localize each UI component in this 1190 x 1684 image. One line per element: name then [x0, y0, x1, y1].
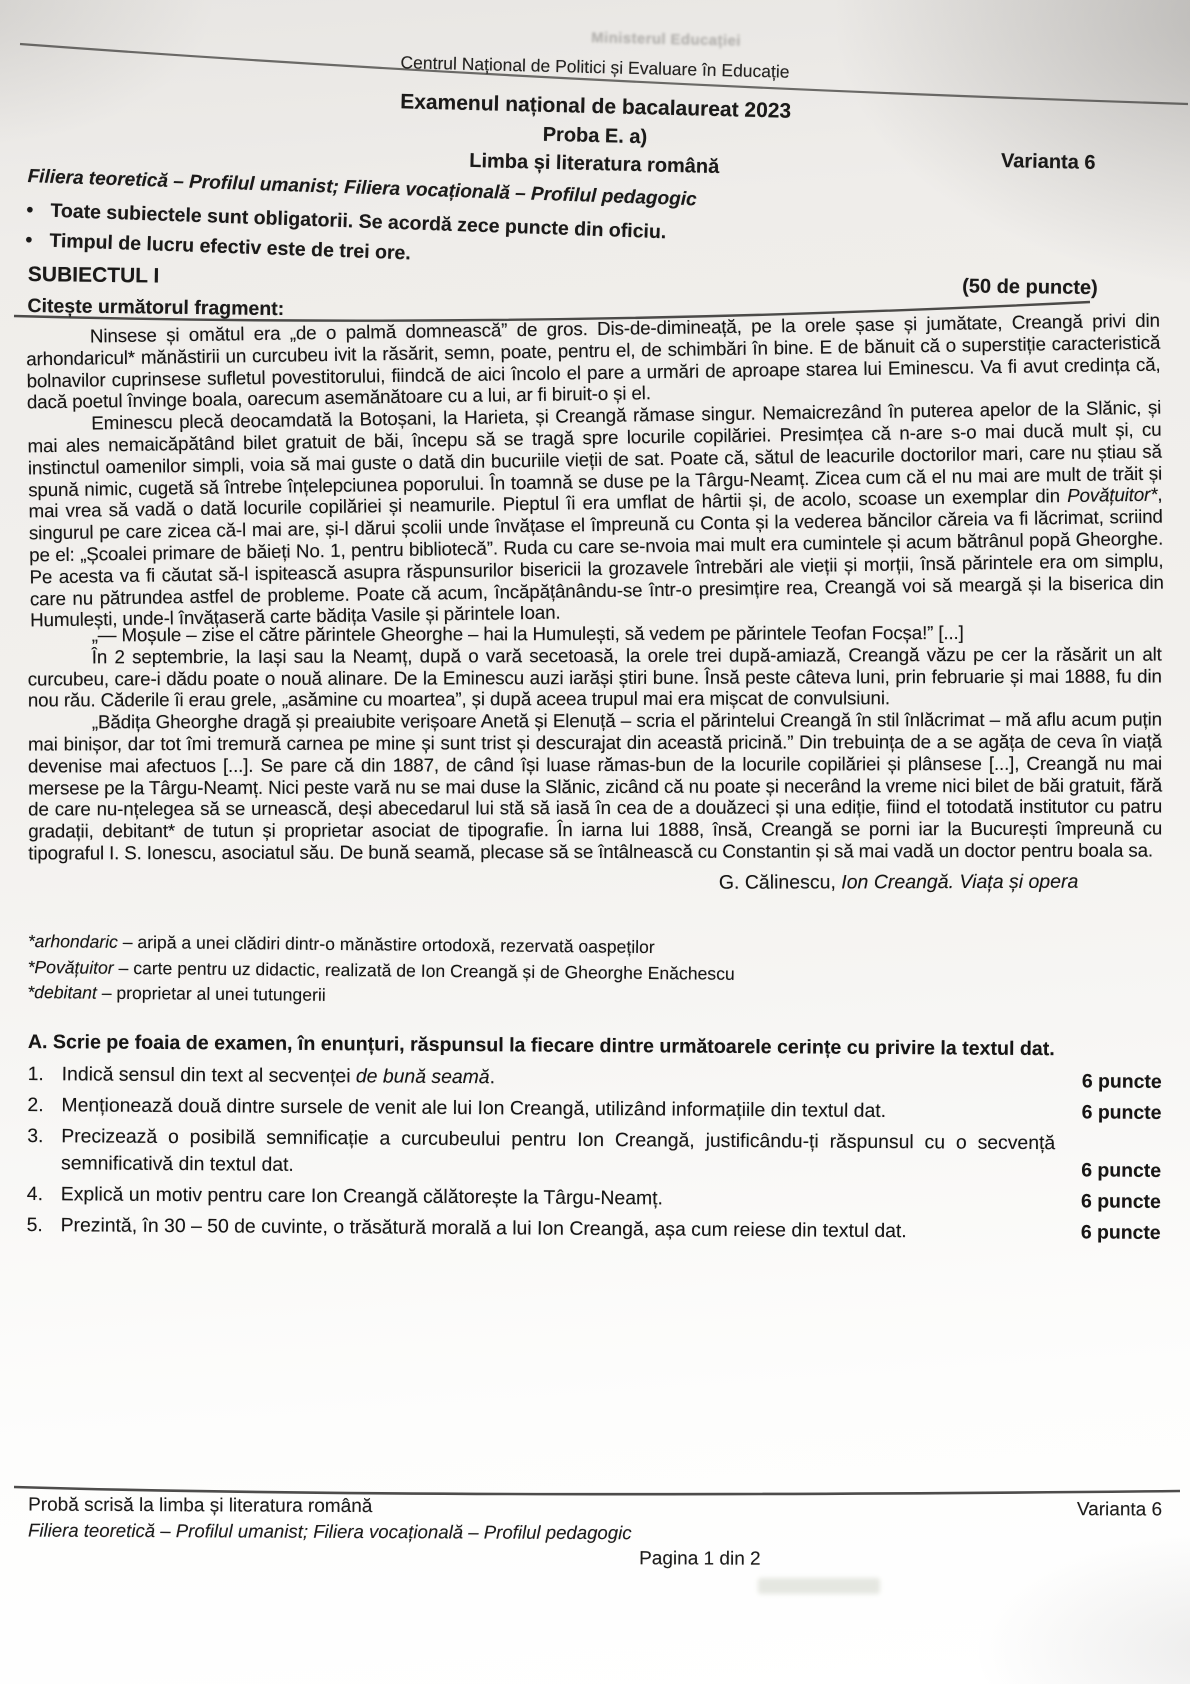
text-run: Prezintă, în 30 – 50 de cuvinte, o trăsă… — [61, 1215, 907, 1243]
attribution: G. Călinescu, Ion Creangă. Viața și oper… — [28, 870, 1162, 896]
question-number: 3. — [27, 1123, 61, 1150]
question-text: Explică un motiv pentru care Ion Creangă… — [61, 1182, 1065, 1216]
question-row: 5.Prezintă, în 30 – 50 de cuvinte, o tră… — [27, 1212, 1161, 1247]
fragment-paragraph: Eminescu plecă deocamdată la Botoșani, l… — [27, 397, 1164, 632]
page-content: Ninsese și omătul era „de o palmă domnea… — [28, 318, 1162, 1239]
italic-text: Ion Creangă. Viața și opera — [841, 871, 1078, 894]
question-text: Menționează două dintre sursele de venit… — [61, 1093, 1065, 1127]
text-run: „Bădița Gheorghe dragă și preaiubite ver… — [28, 709, 1162, 864]
question-row: 4.Explică un motiv pentru care Ion Crean… — [27, 1181, 1161, 1216]
footnote-term: *Povățuitor — [28, 956, 114, 977]
fragment-part-2: „— Moșule – zise el către părintele Gheo… — [28, 622, 1163, 897]
bullet-icon: • — [25, 225, 50, 256]
footnote-term: *debitant — [27, 982, 97, 1003]
exam-scan-page: Ministerul Educației Centrul Național de… — [0, 0, 1190, 1684]
text-run: . — [490, 1067, 496, 1089]
footer-variant: Varianta 6 — [1077, 1499, 1162, 1521]
question-number: 2. — [27, 1092, 61, 1119]
footnotes: *arhondaric – aripă a unei clădiri dintr… — [27, 929, 1162, 1016]
footer-row: Probă scrisă la limba și literatura româ… — [28, 1495, 1162, 1522]
subject-1-points: (50 de puncte) — [962, 275, 1098, 300]
question-points: 6 puncte — [1065, 1220, 1161, 1248]
footnote-definition: – proprietar al unei tutungerii — [97, 983, 326, 1005]
footnote-definition: – aripă a unei clădiri dintr-o mănăstire… — [118, 932, 655, 957]
text-run: Eminescu plecă deocamdată la Botoșani, l… — [27, 397, 1162, 522]
question-points: 6 puncte — [1065, 1100, 1161, 1128]
fragment-part-2-paragraphs: „— Moșule – zise el către părintele Gheo… — [28, 622, 1163, 865]
text-run: Explică un motiv pentru care Ion Creangă… — [61, 1184, 663, 1210]
question-text: Indică sensul din text al secvenței de b… — [62, 1062, 1066, 1096]
ministry-watermark: Ministerul Educației — [591, 29, 741, 49]
fragment-paragraph: „— Moșule – zise el către părintele Gheo… — [28, 622, 1162, 647]
footnote-definition: – carte pentru uz didactic, realizată de… — [114, 957, 735, 983]
text-run: G. Călinescu, — [719, 871, 842, 893]
question-row: 2.Menționează două dintre sursele de ven… — [27, 1092, 1161, 1127]
text-run: Ninsese și omătul era „de o palmă domnea… — [26, 310, 1161, 413]
footer-exam-name: Probă scrisă la limba și literatura româ… — [28, 1495, 372, 1519]
fragment-paragraph: În 2 septembrie, la Iași sau la Neamț, d… — [28, 643, 1162, 711]
question-row: 1.Indică sensul din text al secvenței de… — [28, 1061, 1162, 1096]
question-list: 1.Indică sensul din text al secvenței de… — [27, 1061, 1162, 1247]
question-text: Precizează o posibilă semnificație a cur… — [61, 1124, 1065, 1185]
page-footer: Probă scrisă la limba și literatura româ… — [28, 1495, 1162, 1573]
question-points: 6 puncte — [1066, 1069, 1162, 1097]
fragment-paragraph: Ninsese și omătul era „de o palmă domnea… — [26, 310, 1161, 414]
text-run: „— Moșule – zise el către părintele Gheo… — [92, 622, 964, 645]
text-run: În 2 septembrie, la Iași sau la Neamț, d… — [28, 643, 1162, 711]
question-text: Prezintă, în 30 – 50 de cuvinte, o trăsă… — [61, 1213, 1065, 1247]
text-run: Menționează două dintre sursele de venit… — [61, 1095, 886, 1123]
question-points: 6 puncte — [1065, 1158, 1161, 1186]
question-number: 4. — [27, 1181, 61, 1208]
page-number: Pagina 1 din 2 — [238, 1546, 1162, 1572]
question-points: 6 puncte — [1065, 1189, 1161, 1217]
text-run: Precizează o posibilă semnificație a cur… — [61, 1126, 1055, 1177]
fragment-part-1: Ninsese și omătul era „de o palmă domnea… — [26, 310, 1164, 632]
question-row: 3.Precizează o posibilă semnificație a c… — [27, 1123, 1161, 1185]
subject-1-title: SUBIECTUL I — [28, 263, 160, 289]
variant-label: Varianta 6 — [1001, 150, 1096, 175]
section-a: A. Scrie pe foaia de examen, în enunțuri… — [27, 1029, 1162, 1247]
faint-stamp — [758, 1578, 880, 1594]
italic-text: Povățuitor* — [1067, 484, 1158, 506]
question-number: 5. — [27, 1212, 61, 1239]
bullet-icon: • — [26, 195, 51, 226]
footnote-term: *arhondaric — [28, 931, 118, 952]
footer-rule — [14, 1487, 1180, 1494]
section-a-intro: A. Scrie pe foaia de examen, în enunțuri… — [28, 1029, 1162, 1064]
italic-text: de bună seamă — [356, 1066, 490, 1089]
fragment-paragraph: „Bădița Gheorghe dragă și preaiubite ver… — [28, 709, 1162, 865]
question-number: 1. — [28, 1061, 62, 1088]
footer-filiera: Filiera teoretică – Profilul umanist; Fi… — [28, 1520, 1162, 1547]
text-run: Indică sensul din text al secvenței — [62, 1064, 356, 1088]
